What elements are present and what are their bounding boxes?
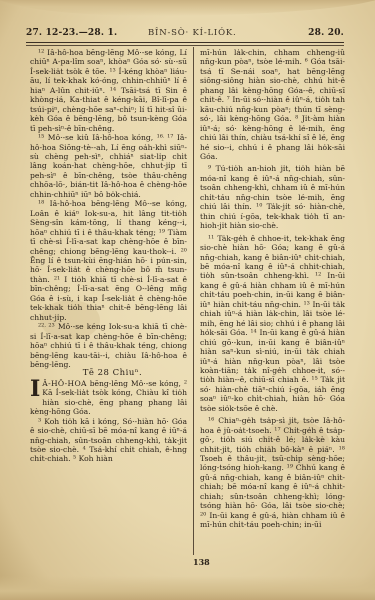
verse-number: 5 [73, 455, 76, 461]
verse-number: 3 [38, 417, 41, 423]
verse-number: 16. 17 [157, 134, 174, 140]
left-column: 12 Iâ-hô-hoa bēng-lēng Mô·-se kóng, Lí c… [30, 48, 187, 464]
verse-number: 20 [181, 247, 187, 253]
verse-number: 13 [303, 300, 309, 306]
verse-number: 15 [311, 376, 317, 382]
page-top-edge [0, 0, 375, 16]
verse-number: 2 [184, 379, 187, 385]
header-chapter-range-left: 27. 12-23.—28. 1. [26, 28, 117, 38]
verse: mī-hún la̍k-chin, chham chheng-iû nn̄g-k… [200, 48, 345, 161]
verse-number: 7 [227, 96, 230, 102]
verse-number: 13 [109, 67, 115, 73]
verse-number: 17 [274, 426, 280, 432]
right-column: mī-hún la̍k-chin, chham chheng-iû nn̄g-k… [200, 48, 345, 530]
verse-text: In-ūi kang ê gû-á, hiàn chham iû ê mī-hú… [200, 511, 345, 529]
chapter-heading: Tē 28 Chiuⁿ. [30, 369, 187, 378]
header-chapter-range-right: 28. 20. [308, 28, 344, 38]
verse-text: Mô·-se kéng Iok-su-a khiā tī chè-si Í-lī… [30, 322, 187, 369]
verse-text: bēng-lēng Mô·-se kóng, [90, 379, 181, 388]
verse: 18 Iâ-hô-hoa bēng-lēng Mô·-se kóng, Loân… [30, 199, 187, 322]
chapter-opening: IÂ-HÔ-HOA bēng-lēng Mô·-se kóng, 2 Kā Í-… [30, 379, 187, 417]
verse-number: 16 [208, 417, 214, 423]
verse-text: Mô·-se kiû Iâ-hô-hoa kóng, [48, 133, 153, 142]
drop-cap: I [30, 380, 40, 398]
verse: 22, 23 Mô·-se kéng Iok-su-a khiā tī chè-… [30, 322, 187, 369]
verse-number: 15 [38, 134, 44, 140]
page-number: 138 [193, 557, 210, 567]
opening-small-caps: Â-HÔ-HOA [42, 379, 86, 388]
verse-number: 14 [250, 329, 256, 335]
verse: 3 Koh tio̍h kā i kóng, Só·-hiàn hō· Góa … [30, 417, 187, 464]
column-divider [193, 47, 194, 555]
verse-text: Iâ-hô-hoa Siōng-tè--ah, Lí ēng oa̍h-khì … [30, 133, 187, 199]
verse-number: 8 [295, 115, 298, 121]
book-page: 27. 12-23.—28. 1. BÎN-SÒ· KÍ-LIÓK. 28. 2… [0, 0, 375, 600]
verse-number: 6 [305, 58, 308, 64]
verse-number: 20 [200, 511, 206, 517]
verse-number: 18 [339, 445, 345, 451]
verse-number: 12 [315, 272, 321, 278]
header-rule-thick [26, 42, 344, 43]
verse: 12 Iâ-hô-hoa bēng-lēng Mô·-se kóng, Lí c… [30, 48, 187, 133]
page-bottom-edge [0, 576, 375, 600]
verse-number: 11 [208, 234, 214, 240]
verse-number: 10 [256, 203, 262, 209]
verse-number: 14 [110, 86, 116, 92]
verse-number: 12 [38, 49, 44, 55]
verse: 9 Tú-tio̍h an-hioh ji̍t, tio̍h hiàn bē m… [200, 164, 345, 230]
verse-number: 18 [38, 200, 44, 206]
verse: 15 Mô·-se kiû Iâ-hô-hoa kóng, 16. 17 Iâ-… [30, 133, 187, 199]
verse: 11 Ta̍k-ge̍h ê chhoe-it, tek-khak ēng si… [200, 234, 345, 414]
verse-text: Ta̍k-ge̍h ê chhoe-it, tek-khak ēng sio-c… [200, 234, 345, 281]
header-rule-thin [26, 45, 344, 46]
verse-number: 19 [287, 464, 293, 470]
verse: 16 Chiaⁿ-ge̍h tsa̍p-sì ji̍t, tsòe Iâ-hô-… [200, 416, 345, 529]
header-book-title: BÎN-SÒ· KÍ-LIÓK. [148, 28, 237, 38]
verse-number: 9 [208, 165, 211, 171]
verse-number: 4 [83, 446, 86, 452]
verse-text: I tio̍h khiā tī chè-si Í-lī-a-sat ê bīn-… [30, 275, 187, 322]
verse-text: Koh hiàn [79, 454, 113, 463]
verse-number: 22, 23 [38, 323, 55, 329]
verse-number: 21 [54, 275, 60, 281]
verse-text: Kā Í-sek-lia̍t tsòk kóng, Chiàu kî tio̍h… [30, 388, 187, 416]
verse-number: 19 [159, 228, 165, 234]
